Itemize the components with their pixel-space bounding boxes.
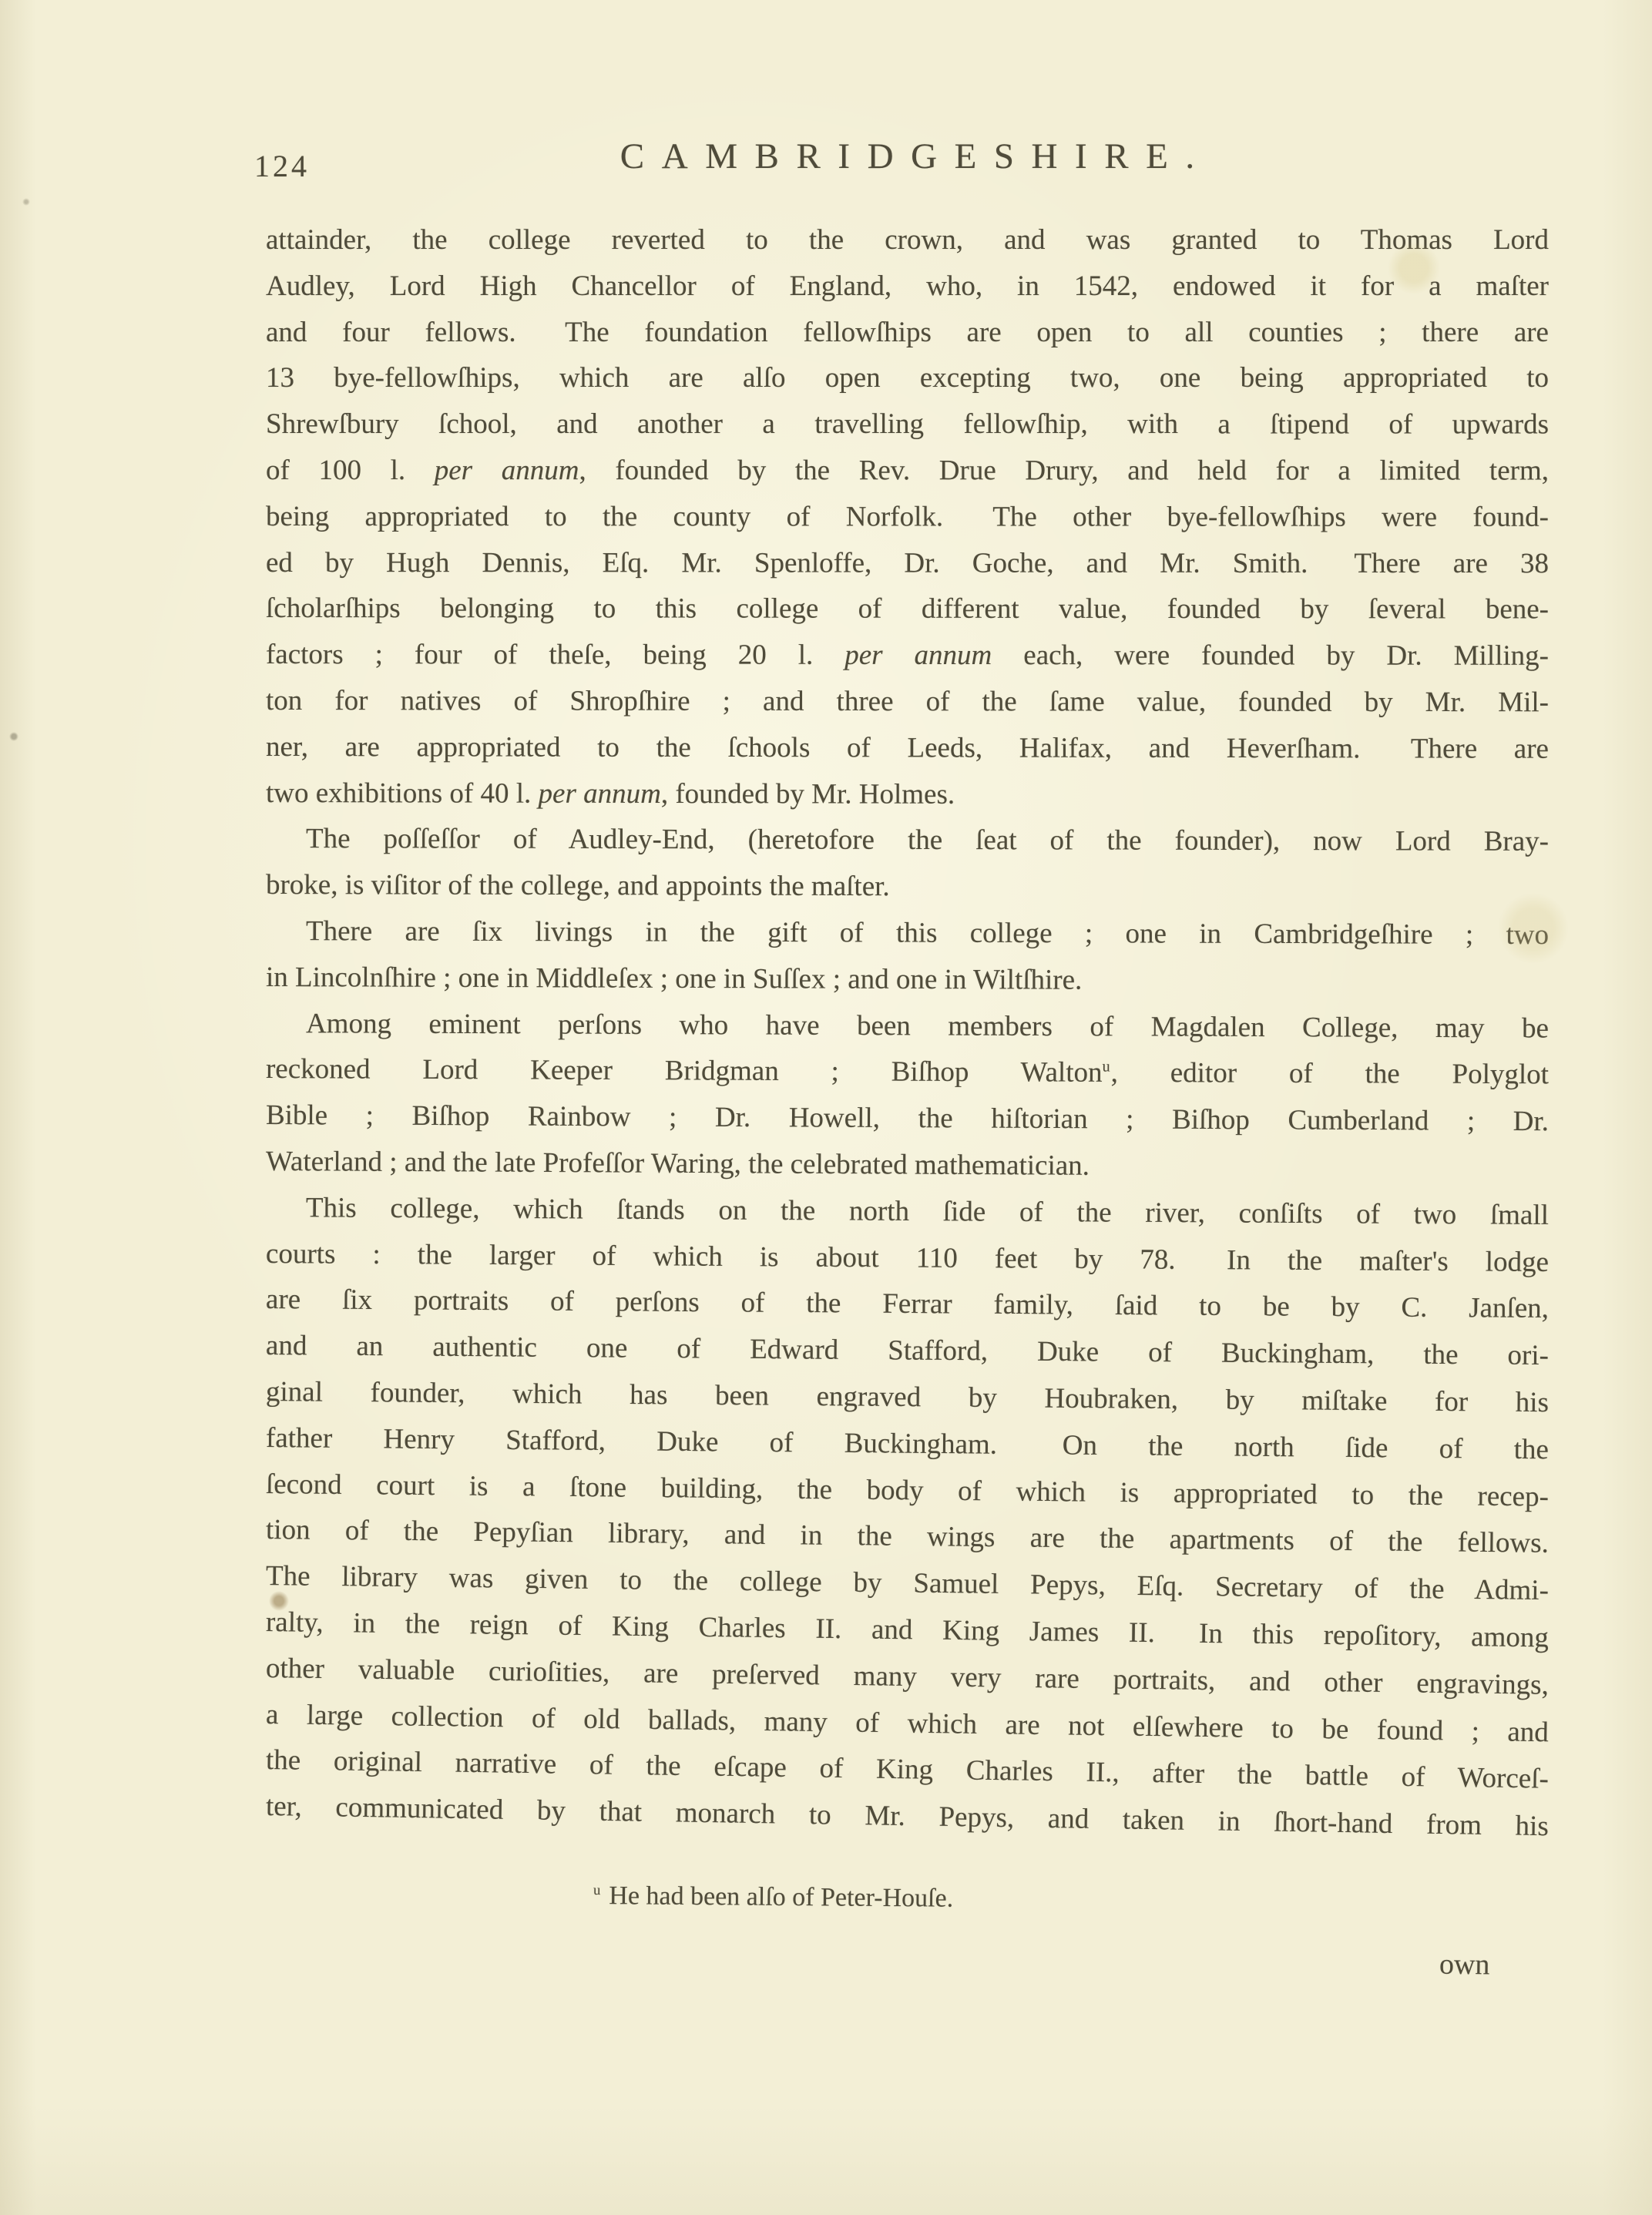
footnote-marker: u xyxy=(593,1882,602,1898)
text-line: being appropriated to the county of Norf… xyxy=(266,494,1549,541)
text-block: attainder, the college reverted to the c… xyxy=(266,217,1549,1830)
text-line: Among eminent perſons who have been memb… xyxy=(266,1001,1549,1052)
page-header: 124 CAMBRIDGESHIRE. xyxy=(0,136,1652,190)
text-line: ed by Hugh Dennis, Eſq. Mr. Spenloffe, D… xyxy=(266,540,1549,587)
text-line: ton for natives of Shropſhire ; and thre… xyxy=(266,678,1549,726)
text-line: in Lincolnſhire ; one in Middleſex ; one… xyxy=(266,955,1549,1005)
paragraph: This college, which ſtands on the north … xyxy=(266,1185,1549,1830)
paragraph: The poſſeſſor of Audley-End, (heretofore… xyxy=(266,816,1549,908)
text-line: factors ; four of theſe, being 20 l. per… xyxy=(266,632,1549,680)
text-line: ner, are appropriated to the ſchools of … xyxy=(266,724,1549,773)
book-page-scan: 124 CAMBRIDGESHIRE. attainder, the colle… xyxy=(0,0,1652,2215)
paragraph: There are ſix livings in the gift of thi… xyxy=(266,908,1549,1001)
paragraph: Among eminent perſons who have been memb… xyxy=(266,1001,1549,1185)
text-line: reckoned Lord Keeper Bridgman ; Biſhop W… xyxy=(266,1046,1549,1098)
footnote-reference: u xyxy=(1103,1059,1111,1076)
text-line: Waterland ; and the late Profeſſor Warin… xyxy=(266,1139,1549,1192)
catchword: own xyxy=(1439,1948,1490,1982)
text-line: attainder, the college reverted to the c… xyxy=(266,217,1549,263)
text-line: Audley, Lord High Chancellor of England,… xyxy=(266,263,1549,310)
text-line: There are ſix livings in the gift of thi… xyxy=(266,908,1549,958)
text-line: 13 bye-fellowſhips, which are alſo open … xyxy=(266,355,1549,401)
text-line: broke, is viſitor of the college, and ap… xyxy=(266,862,1549,911)
paragraph: attainder, the college reverted to the c… xyxy=(266,217,1549,816)
footnote-text: He had been alſo of Peter-Houſe. xyxy=(609,1881,953,1913)
text-line: The poſſeſſor of Audley-End, (heretofore… xyxy=(266,816,1549,865)
text-line: This college, which ſtands on the north … xyxy=(266,1185,1549,1239)
text-line: courts : the larger of which is about 11… xyxy=(266,1231,1549,1286)
text-line: and four fellows. The foundation fellowſ… xyxy=(266,310,1549,356)
text-line: Shrewſbury ſchool, and another a travell… xyxy=(266,401,1549,448)
text-line: of 100 l. per annum, founded by the Rev.… xyxy=(266,448,1549,494)
text-line: two exhibitions of 40 l. per annum, foun… xyxy=(266,770,1549,819)
text-line: ſcholarſhips belonging to this college o… xyxy=(266,586,1549,633)
text-line: Bible ; Biſhop Rainbow ; Dr. Howell, the… xyxy=(266,1092,1549,1145)
footnote: uHe had been alſo of Peter-Houſe. xyxy=(593,1881,953,1914)
page-title: CAMBRIDGESHIRE. xyxy=(266,136,1549,177)
